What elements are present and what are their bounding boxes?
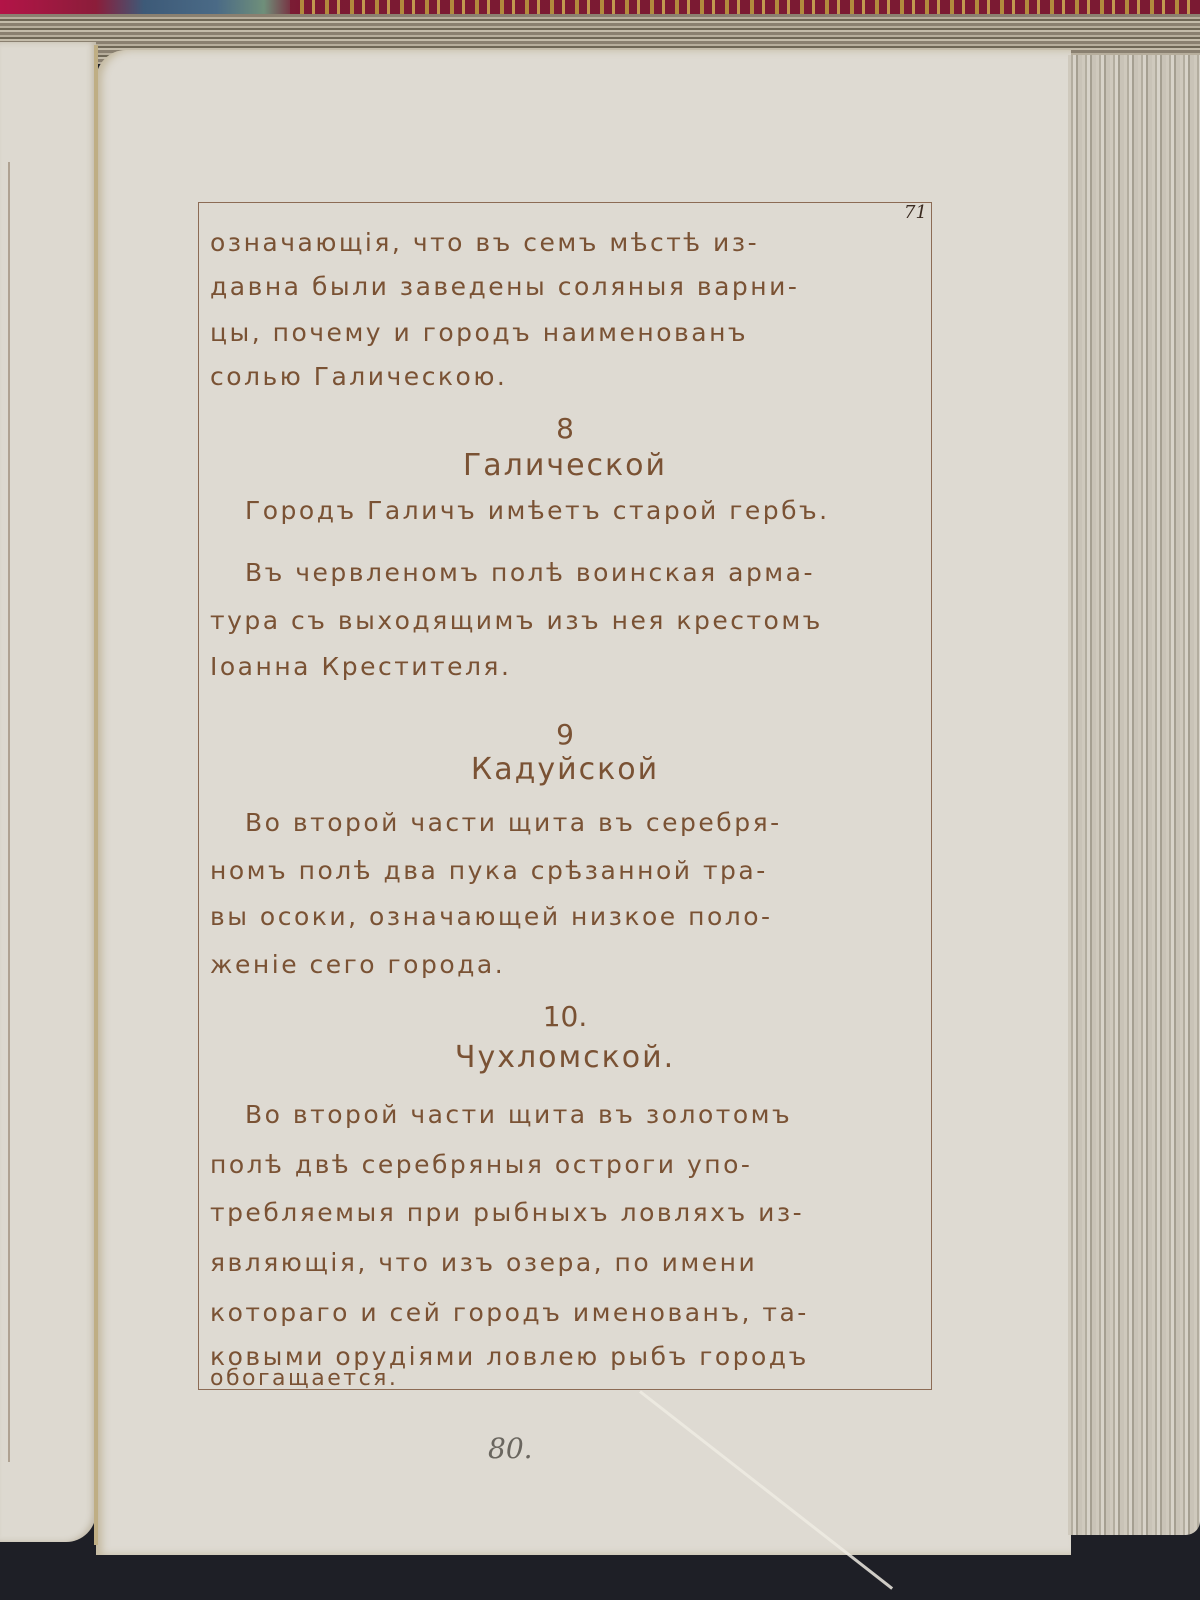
section-title: Галической	[198, 448, 932, 483]
text-line: номъ полѣ два пука срѣзанной тра-	[210, 856, 930, 885]
left-page	[0, 42, 96, 1542]
page-number: 80.	[488, 1432, 533, 1465]
text-line: полѣ двѣ серебряныя остроги упо-	[210, 1150, 930, 1179]
section-number: 10.	[198, 1000, 932, 1033]
text-line: Въ червленомъ полѣ воинская арма-	[245, 558, 965, 587]
text-line: Городъ Галичъ имѣетъ старой гербъ.	[245, 496, 965, 525]
section-title: Кадуйской	[198, 752, 932, 787]
section-title: Чухломской.	[198, 1040, 932, 1075]
section-number: 8	[198, 412, 932, 445]
text-line: являющія, что изъ озера, по имени	[210, 1248, 930, 1277]
left-page-frame-rule	[8, 162, 10, 1462]
text-line: означающія, что въ семъ мѣстѣ из-	[210, 228, 930, 257]
text-line: Іоанна Крестителя.	[210, 652, 930, 681]
text-line: требляемыя при рыбныхъ ловляхъ из-	[210, 1198, 930, 1227]
text-line: котораго и сей городъ именованъ, та-	[210, 1298, 930, 1327]
folio-number: 71	[904, 202, 927, 223]
text-line: обогащается.	[210, 1366, 930, 1391]
fore-edge-page-stack	[1068, 55, 1200, 1535]
text-line: Во второй части щита въ золотомъ	[245, 1100, 965, 1129]
text-line: женіе сего города.	[210, 950, 930, 979]
book-gutter	[94, 45, 98, 1545]
text-line: Во второй части щита въ серебря-	[245, 808, 965, 837]
text-line: солью Галическою.	[210, 362, 930, 391]
text-line: тура съ выходящимъ изъ нея крестомъ	[210, 606, 930, 635]
text-line: давна были заведены соляныя варни-	[210, 272, 930, 301]
text-line: вы осоки, означающей низкое поло-	[210, 902, 930, 931]
text-line: цы, почему и городъ наименованъ	[210, 318, 930, 347]
section-number: 9	[198, 718, 932, 751]
gilt-endpaper	[290, 0, 1200, 14]
